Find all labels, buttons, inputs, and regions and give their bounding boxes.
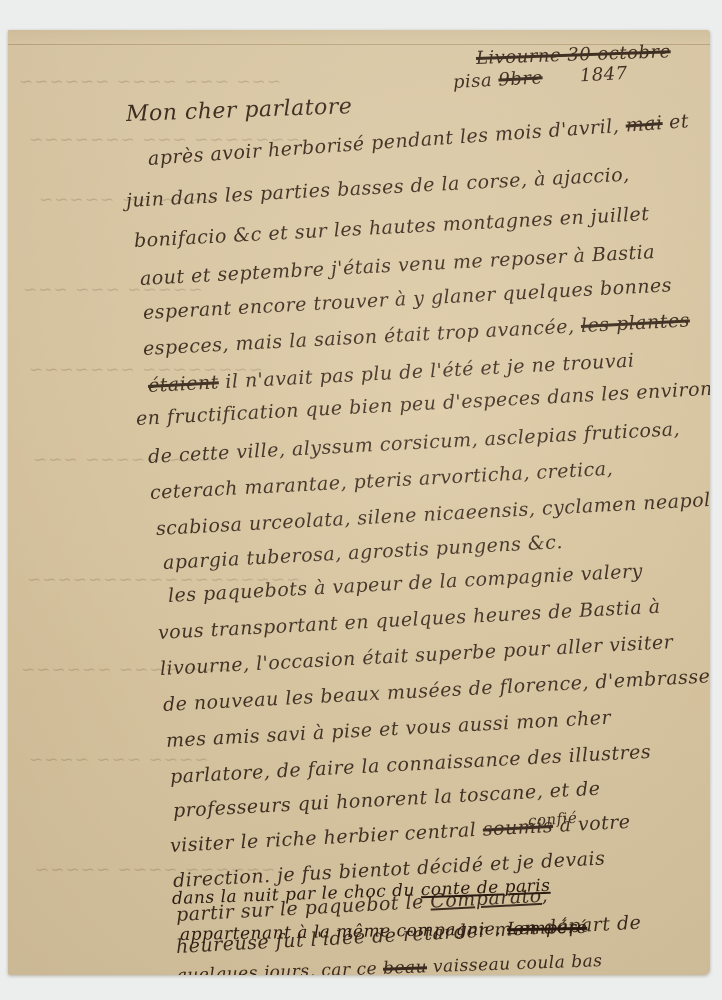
salutation: Mon cher parlatore <box>126 94 353 127</box>
date-year: 1847 <box>579 63 628 86</box>
letter-page: ~~~ ~~~ ~~~~ ~~~~~~ ~~~~~~~ ~~~ ~~~~~~~ … <box>8 30 710 975</box>
date-month-struck: 9bre <box>498 67 543 90</box>
date-place: pisa <box>452 70 492 93</box>
letter-line: juin dans les parties basses de la corse… <box>125 164 630 212</box>
bleed-through-text: ~~~ ~~~ ~~~~ ~~~~~~ <box>18 72 281 92</box>
interlinear-insertion: confié <box>527 809 577 830</box>
letter-line: quelques jours, car ce beau vaisseau cou… <box>176 951 603 975</box>
letter-line: mes amis savi à pise et vous aussi mon c… <box>165 707 611 752</box>
